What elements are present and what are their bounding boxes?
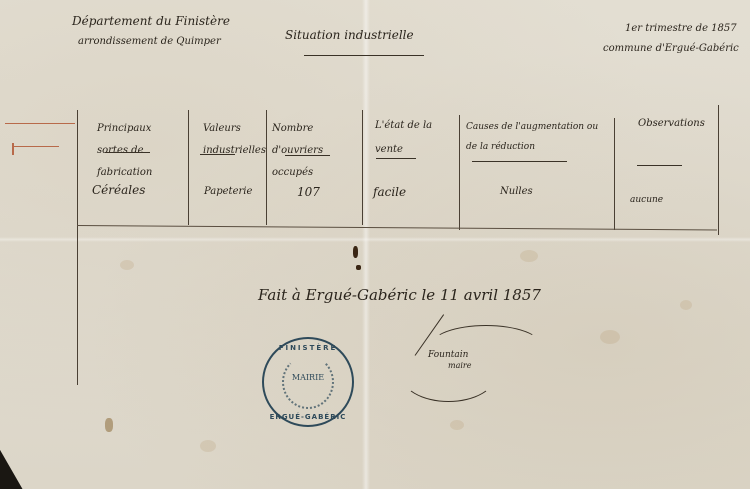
signature-title: maire bbox=[448, 361, 471, 370]
column-divider bbox=[362, 110, 363, 225]
stamp-top-text: FINISTÈRE bbox=[264, 344, 352, 352]
cell-valeurs: Papeterie bbox=[204, 186, 252, 197]
header-underline bbox=[105, 152, 150, 153]
column-divider bbox=[266, 110, 267, 225]
header-underline bbox=[376, 158, 416, 159]
table-bottom-border bbox=[77, 225, 717, 230]
header-underline bbox=[285, 155, 330, 156]
cell-causes: Nulles bbox=[500, 186, 533, 197]
header-underline bbox=[637, 165, 682, 166]
stamp-bottom-text: ERGUÉ-GABÉRIC bbox=[264, 413, 352, 421]
header-quarter: 1er trimestre de 1857 bbox=[625, 23, 737, 34]
cell-ouvriers: 107 bbox=[297, 185, 320, 199]
stamp-center-text: MAIRIE bbox=[264, 373, 352, 382]
ink-mark bbox=[353, 246, 358, 258]
column-header-valeurs: Valeurs industrielles bbox=[203, 118, 263, 162]
table-right-border bbox=[718, 105, 719, 235]
cell-observations: aucune bbox=[630, 195, 663, 205]
column-divider bbox=[188, 110, 189, 225]
foxing-spot bbox=[120, 260, 134, 270]
header-underline bbox=[200, 154, 235, 155]
vertical-fold bbox=[362, 0, 370, 489]
foxing-spot bbox=[680, 300, 692, 310]
column-header-vente: L'état de la vente bbox=[375, 114, 455, 162]
red-pencil-mark bbox=[5, 123, 75, 124]
signature-name: Fountain bbox=[428, 350, 468, 360]
table-left-border bbox=[77, 110, 78, 385]
cell-vente: facile bbox=[373, 185, 406, 199]
mairie-stamp: FINISTÈRE MAIRIE ERGUÉ-GABÉRIC bbox=[262, 337, 354, 427]
column-header-ouvriers: Nombre d'ouvriers occupés bbox=[272, 118, 360, 184]
column-header-fabrication: Principaux sortes de fabrication bbox=[97, 118, 182, 184]
red-pencil-bracket bbox=[12, 143, 14, 155]
header-arrondissement: arrondissement de Quimper bbox=[78, 36, 221, 47]
header-underline bbox=[472, 161, 567, 162]
foxing-spot bbox=[520, 250, 538, 262]
title-underline bbox=[304, 55, 424, 56]
foxing-spot bbox=[450, 420, 464, 430]
header-commune: commune d'Ergué-Gabéric bbox=[603, 43, 739, 54]
horizontal-fold bbox=[0, 237, 750, 242]
column-divider bbox=[459, 115, 460, 230]
column-header-observations: Observations bbox=[638, 118, 705, 129]
footer-place-date: Fait à Ergué-Gabéric le 11 avril 1857 bbox=[258, 286, 541, 304]
foxing-spot bbox=[200, 440, 216, 452]
document-title: Situation industrielle bbox=[285, 28, 414, 42]
column-divider bbox=[614, 118, 615, 230]
cell-fabrication: Céréales bbox=[92, 183, 145, 197]
stain bbox=[105, 418, 113, 432]
wreath-icon bbox=[282, 355, 334, 409]
document-paper: Département du Finistère arrondissement … bbox=[0, 0, 750, 489]
signature-flourish bbox=[430, 325, 542, 367]
column-header-causes: Causes de l'augmentation ou de la réduct… bbox=[466, 117, 606, 157]
ink-mark bbox=[356, 265, 361, 270]
header-department: Département du Finistère bbox=[72, 14, 230, 28]
red-pencil-mark bbox=[14, 146, 59, 147]
foxing-spot bbox=[600, 330, 620, 344]
